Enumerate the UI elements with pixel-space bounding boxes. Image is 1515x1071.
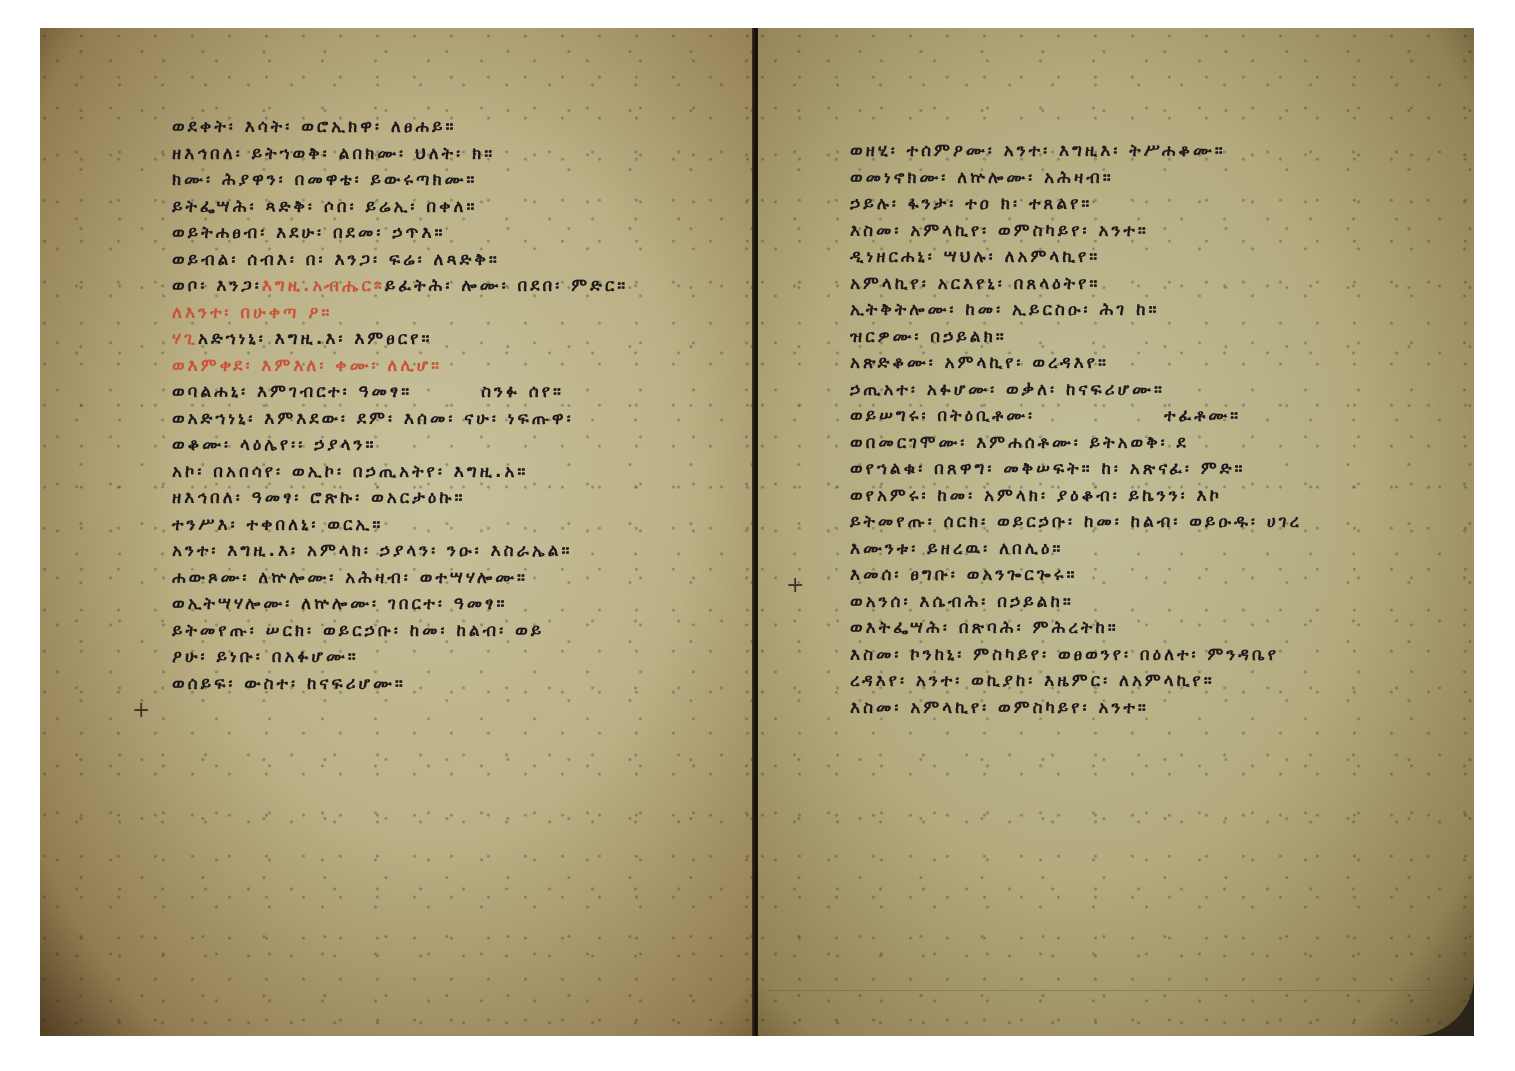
margin-note: ስንፉ ሰየ። <box>481 382 564 402</box>
text-line: ወየኀልቁ፡ በጸዋግ፡ መቅሠፍት። ከ፡ አጽናፈ፡ ምድ። <box>850 456 1302 483</box>
text-line: ሃጊአድኀነኒ፡ እግዚ.እ፡ እምፀርየ። <box>172 326 628 353</box>
text-line: ረዳእየ፡ አንተ፡ ወኪያከ፡ እዜምር፡ ለአምላኪየ። <box>850 668 1302 695</box>
page-edge-line <box>768 990 1464 991</box>
text-line: ወይትሐፀብ፡ እደሁ፡ በደመ፡ ኃጥእ። <box>172 220 628 247</box>
text-line: ኃይሉ፡ ፋንታ፡ ተዐ ክ፡ ተጸልየ። <box>850 191 1302 218</box>
right-page-text: ወዘሂ፡ ተሰምዖሙ፡ አንተ፡ እግዚእ፡ ትሥሐቆሙ። ወመነኖክሙ፡ ለኵ… <box>850 138 1302 721</box>
left-page-text: ወደቀት፡ እሳት፡ ወሮኢክዋ፡ ለፀሐይ። ዘእኅበለ፡ ይትኀወቅ፡ ልበ… <box>172 114 628 697</box>
text-line: ኢትቅትሎሙ፡ ከመ፡ ኢይርስዑ፡ ሕገ ከ። <box>850 297 1302 324</box>
text-segment: ወየኀልቁ፡ በጸዋግ፡ መቅሠፍት። <box>850 459 1093 479</box>
text-segment: ይፈትሕ፡ ሎሙ፡ በደበ፡ ምድር። <box>385 276 628 296</box>
text-line: ዖሁ፡ ይነቡ፡ በአፉሆሙ። <box>172 644 628 671</box>
text-line: ይትመየጡ፡ ሠርክ፡ ወይርኃቡ፡ ከመ፡ ከልብ፡ ወይ <box>172 618 628 645</box>
rubric-segment: ሃጊ <box>172 329 198 349</box>
text-line: ወእትፌሣሕ፡ በጽባሕ፡ ምሕረትከ። <box>850 615 1302 642</box>
text-line: ወመነኖክሙ፡ ለኵሎሙ፡ አሕዛብ። <box>850 165 1302 192</box>
text-line: ወሰይፍ፡ ውስተ፡ ከናፍሪሆሙ። <box>172 671 628 698</box>
text-line: ወበመርገሞሙ፡ እምሐሰቶሙ፡ ይትአወቅ፡ ደ <box>850 430 1302 457</box>
text-line: ወኢትሣሃሎሙ፡ ለኵሎሙ፡ ገበርተ፡ ዓመፃ። <box>172 591 628 618</box>
text-line: ሐውጾሙ፡ ለኵሎሙ፡ አሕዛብ፡ ወተሣሃሎሙ። <box>172 565 628 592</box>
text-line: እስመ፡ አምላኪየ፡ ወምስካይየ፡ አንተ። <box>850 695 1302 722</box>
text-segment: ወቦ፡ እንጋ፡ <box>172 276 262 296</box>
text-line: ወአድኀነኒ፡ እምእደው፡ ደም፡ እሰመ፡ ናሁ፡ ነፍጡዋ፡ <box>172 406 628 433</box>
text-line: ወይብል፡ ሰብእ፡ በ፡ እንጋ፡ ፍሬ፡ ለጻድቅ። <box>172 247 628 274</box>
text-line: አኮ፡ በአበሳየ፡ ወኢኮ፡ በኃጢአትየ፡ እግዚ.አ። <box>172 459 628 486</box>
margin-note: ተፈቶሙ። <box>1164 406 1241 426</box>
text-line: አጽድቆሙ፡ አምላኪየ፡ ወረዳእየ። <box>850 350 1302 377</box>
text-line: ኃጢአተ፡ አፉሆሙ፡ ወቃለ፡ ከናፍሪሆሙ። <box>850 377 1302 404</box>
margin-note: ከ፡ አጽናፈ፡ ምድ። <box>1102 459 1246 479</box>
left-page: ወደቀት፡ እሳት፡ ወሮኢክዋ፡ ለፀሐይ። ዘእኅበለ፡ ይትኀወቅ፡ ልበ… <box>40 28 756 1036</box>
text-line: ይትመየጡ፡ ሰርክ፡ ወይርኃቡ፡ ከመ፡ ከልብ፡ ወይዑዱ፡ ሀገረ <box>850 509 1302 536</box>
text-line: ዘእኅበለ፡ ዓመፃ፡ ሮጽኩ፡ ወአርታዕኩ። <box>172 485 628 512</box>
text-segment: አድኀነኒ፡ እግዚ.እ፡ እምፀርየ። <box>198 329 432 349</box>
text-line: አንተ፡ እግዚ.እ፡ አምላክ፡ ኃያላን፡ ንዑ፡ እስራኤል። <box>172 538 628 565</box>
text-line: ዲነዘርሐኒ፡ ሣህሉ፡ ለአምላኪየ። <box>850 244 1302 271</box>
text-line: ክሙ፡ ሕያዋን፡ በመዋቴ፡ ይውሩጣክሙ። <box>172 167 628 194</box>
text-segment: ወባልሐኒ፡ እምገብርተ፡ ዓመፃ። <box>172 382 412 402</box>
text-line: ዘእኅበለ፡ ይትኀወቅ፡ ልበክሙ፡ ህለት፡ ክ። <box>172 141 628 168</box>
text-line: ወቦ፡ እንጋ፡እግዚ.አብሔር።ይፈትሕ፡ ሎሙ፡ በደበ፡ ምድር። <box>172 273 628 300</box>
text-line: ዝርዎሙ፡ በኃይልክ። <box>850 324 1302 351</box>
rubric-line: ለእንተ፡ በሁቀጣ ዖ። <box>172 300 628 327</box>
cross-mark: + <box>132 698 150 723</box>
manuscript-photo: ወደቀት፡ እሳት፡ ወሮኢክዋ፡ ለፀሐይ። ዘእኅበለ፡ ይትኀወቅ፡ ልበ… <box>40 28 1474 1036</box>
text-line: ወዘሂ፡ ተሰምዖሙ፡ አንተ፡ እግዚእ፡ ትሥሐቆሙ። <box>850 138 1302 165</box>
rubric-segment: እግዚ.አብሔር። <box>262 276 385 296</box>
text-segment: ወይሠግሩ፡ በትዕቢቶሙ፡ <box>850 406 1035 426</box>
text-line: ይትፌሣሕ፡ ጻድቅ፡ ሶበ፡ ይሬኢ፡ በቀለ። <box>172 194 628 221</box>
text-line: ወባልሐኒ፡ እምገብርተ፡ ዓመፃ። ስንፉ ሰየ። <box>172 379 628 406</box>
text-line: ወይሠግሩ፡ በትዕቢቶሙ፡ ተፈቶሙ። <box>850 403 1302 430</box>
text-line: አምላኪየ፡ አርእየኒ፡ በጸላዕትየ። <box>850 271 1302 298</box>
text-line: ተንሥእ፡ ተቀበለኒ፡ ወርኢ። <box>172 512 628 539</box>
text-line: እስመ፡ ኮንከኒ፡ ምስካይየ፡ ወፀወንየ፡ በዕለተ፡ ምንዳቤየ <box>850 642 1302 669</box>
text-line: ወአንሰ፡ እሴብሕ፡ በኃይልከ። <box>850 589 1302 616</box>
cross-mark: + <box>786 573 804 598</box>
text-line: እሙንቱ፡ ይዘረዉ፡ ለበሊዕ። <box>850 536 1302 563</box>
text-line: ወደቀት፡ እሳት፡ ወሮኢክዋ፡ ለፀሐይ። <box>172 114 628 141</box>
text-line: ወየአምሩ፡ ከመ፡ አምላክ፡ ያዕቆብ፡ ይኬንን፡ እኮ <box>850 483 1302 510</box>
text-line: ወቆሙ፡ ላዕሌየ፡፡ ኃያላን። <box>172 432 628 459</box>
right-page: ወዘሂ፡ ተሰምዖሙ፡ አንተ፡ እግዚእ፡ ትሥሐቆሙ። ወመነኖክሙ፡ ለኵ… <box>758 28 1474 1036</box>
rubric-line: ወእምቀደ፡ እምእለ፡ ቀሙ፡ ለሊሆ። <box>172 353 628 380</box>
text-line: እመሰ፡ ፀግቡ፡ ወአንጐርጐሩ። <box>850 562 1302 589</box>
text-line: እስመ፡ አምላኪየ፡ ወምስካይየ፡ አንተ። <box>850 218 1302 245</box>
